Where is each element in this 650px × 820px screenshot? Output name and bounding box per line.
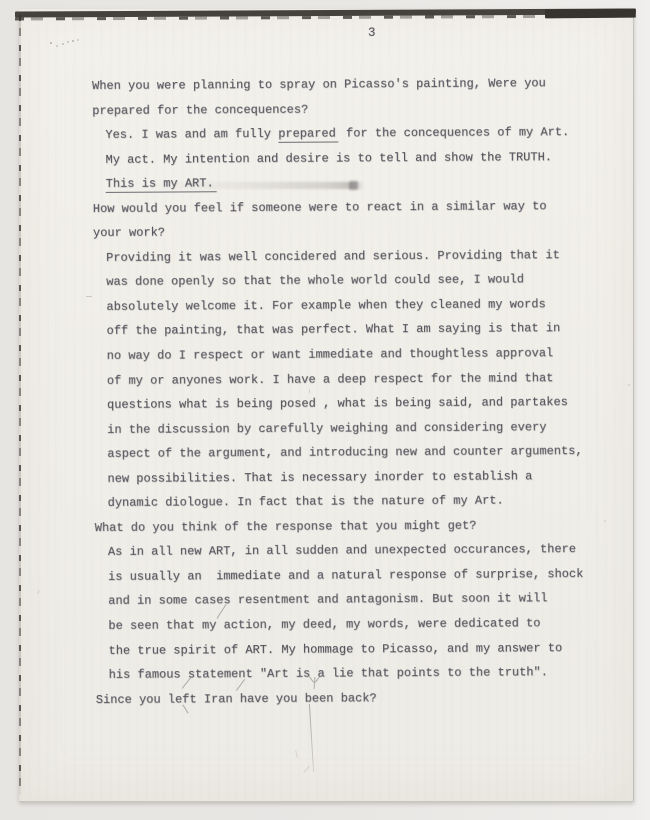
typed-text: Yes. I was and am fully	[105, 127, 278, 142]
typed-line: the true spirit of ART. My hommage to Pi…	[95, 636, 595, 664]
typed-line: How would you feel if someone were to re…	[93, 194, 593, 222]
typed-text: dynamic diologue. In fact that is the na…	[108, 494, 504, 510]
typed-text: his famous statement "Art is a lie that …	[109, 665, 548, 682]
torn-top-edge-dark-segment	[545, 9, 635, 19]
typed-line: Yes. I was and am fully prepared for the…	[92, 120, 592, 148]
typed-text: absolutely welcome it. For example when …	[106, 297, 545, 314]
typed-line: no way do I respect or want immediate an…	[94, 341, 594, 369]
typed-line: When you were planning to spray on Picas…	[92, 71, 592, 99]
typed-line: was done openly so that the whole world …	[93, 267, 593, 295]
typed-text: was done openly so that the whole world …	[106, 273, 524, 290]
typed-line: Providing it was well concidered and ser…	[93, 243, 593, 271]
typed-text: be seen that my action, my deed, my word…	[108, 616, 540, 633]
underlined-text: prepared	[278, 127, 339, 143]
typed-text: My act. My intention and desire is to te…	[105, 150, 552, 167]
typed-line: off the painting, that was perfect. What…	[93, 316, 593, 344]
typed-text: is usually an immediate and a natural re…	[108, 567, 583, 584]
typed-line: absolutely welcome it. For example when …	[93, 292, 593, 320]
typed-text: of my or anyones work. I have a deep res…	[107, 371, 554, 388]
erased-smudge	[150, 182, 364, 189]
typed-line: aspect of the argument, and introducing …	[94, 439, 594, 467]
typed-line: be seen that my action, my deed, my word…	[95, 611, 595, 639]
typed-text: When you were planning to spray on Picas…	[92, 76, 546, 93]
typed-line: questions what is being posed , what is …	[94, 390, 594, 418]
typed-text: your work?	[93, 226, 165, 240]
typed-text: and in some cases resentment and antagon…	[108, 592, 547, 609]
typed-line: is usually an immediate and a natural re…	[95, 562, 595, 590]
typed-line: As in all new ART, in all sudden and une…	[95, 537, 595, 565]
typed-line: of my or anyones work. I have a deep res…	[94, 366, 594, 394]
pencil-squiggle-icon	[50, 42, 52, 44]
typed-text: off the painting, that was perfect. What…	[107, 322, 561, 339]
speck-icon	[604, 520, 606, 522]
typed-line: your work?	[93, 218, 593, 246]
typed-text: Providing it was well concidered and ser…	[106, 248, 560, 265]
typed-line: dynamic diologue. In fact that is the na…	[95, 488, 595, 516]
typed-text: the true spirit of ART. My hommage to Pi…	[108, 641, 562, 658]
typed-text: aspect of the argument, and introducing …	[107, 444, 582, 461]
typed-text: questions what is being posed , what is …	[107, 395, 568, 412]
typed-text: in the discussion by carefully weighing …	[107, 420, 546, 437]
typed-text: prepared for the concequences?	[92, 102, 308, 117]
typed-text-block: When you were planning to spray on Picas…	[92, 71, 596, 712]
erased-smudge-dark-spot	[349, 181, 358, 190]
typed-line: Since you left Iran have you been back?	[96, 685, 596, 713]
typed-text: Since you left Iran have you been back?	[96, 691, 377, 707]
page-left-edge	[19, 15, 21, 795]
typed-line: prepared for the concequences?	[92, 95, 592, 123]
paper-sheet: 3 When you were planning to spray on Pic…	[19, 9, 634, 802]
typed-line: in the discussion by carefully weighing …	[94, 415, 594, 443]
typed-line: new possibilities. That is necessary ino…	[94, 464, 594, 492]
typed-text: How would you feel if someone were to re…	[93, 199, 547, 216]
typed-text: What do you think of the response that y…	[95, 519, 477, 535]
typed-line: and in some cases resentment and antagon…	[95, 586, 595, 614]
typed-line: My act. My intention and desire is to te…	[92, 145, 592, 173]
page-number: 3	[368, 26, 376, 40]
scanned-document: 3 When you were planning to spray on Pic…	[0, 0, 650, 820]
typed-text: new possibilities. That is necessary ino…	[107, 469, 532, 486]
typed-text: no way do I respect or want immediate an…	[107, 346, 554, 363]
typed-line: What do you think of the response that y…	[95, 513, 595, 541]
speck-icon	[628, 384, 630, 386]
typed-text: for the concequences of my Art.	[339, 125, 570, 140]
torn-top-edge	[15, 8, 636, 17]
typed-line: his famous statement "Art is a lie that …	[96, 660, 596, 688]
pencil-dot-mid-icon	[309, 389, 310, 393]
typed-text: As in all new ART, in all sudden and une…	[108, 542, 576, 559]
pencil-margin-dash-icon	[86, 296, 92, 297]
